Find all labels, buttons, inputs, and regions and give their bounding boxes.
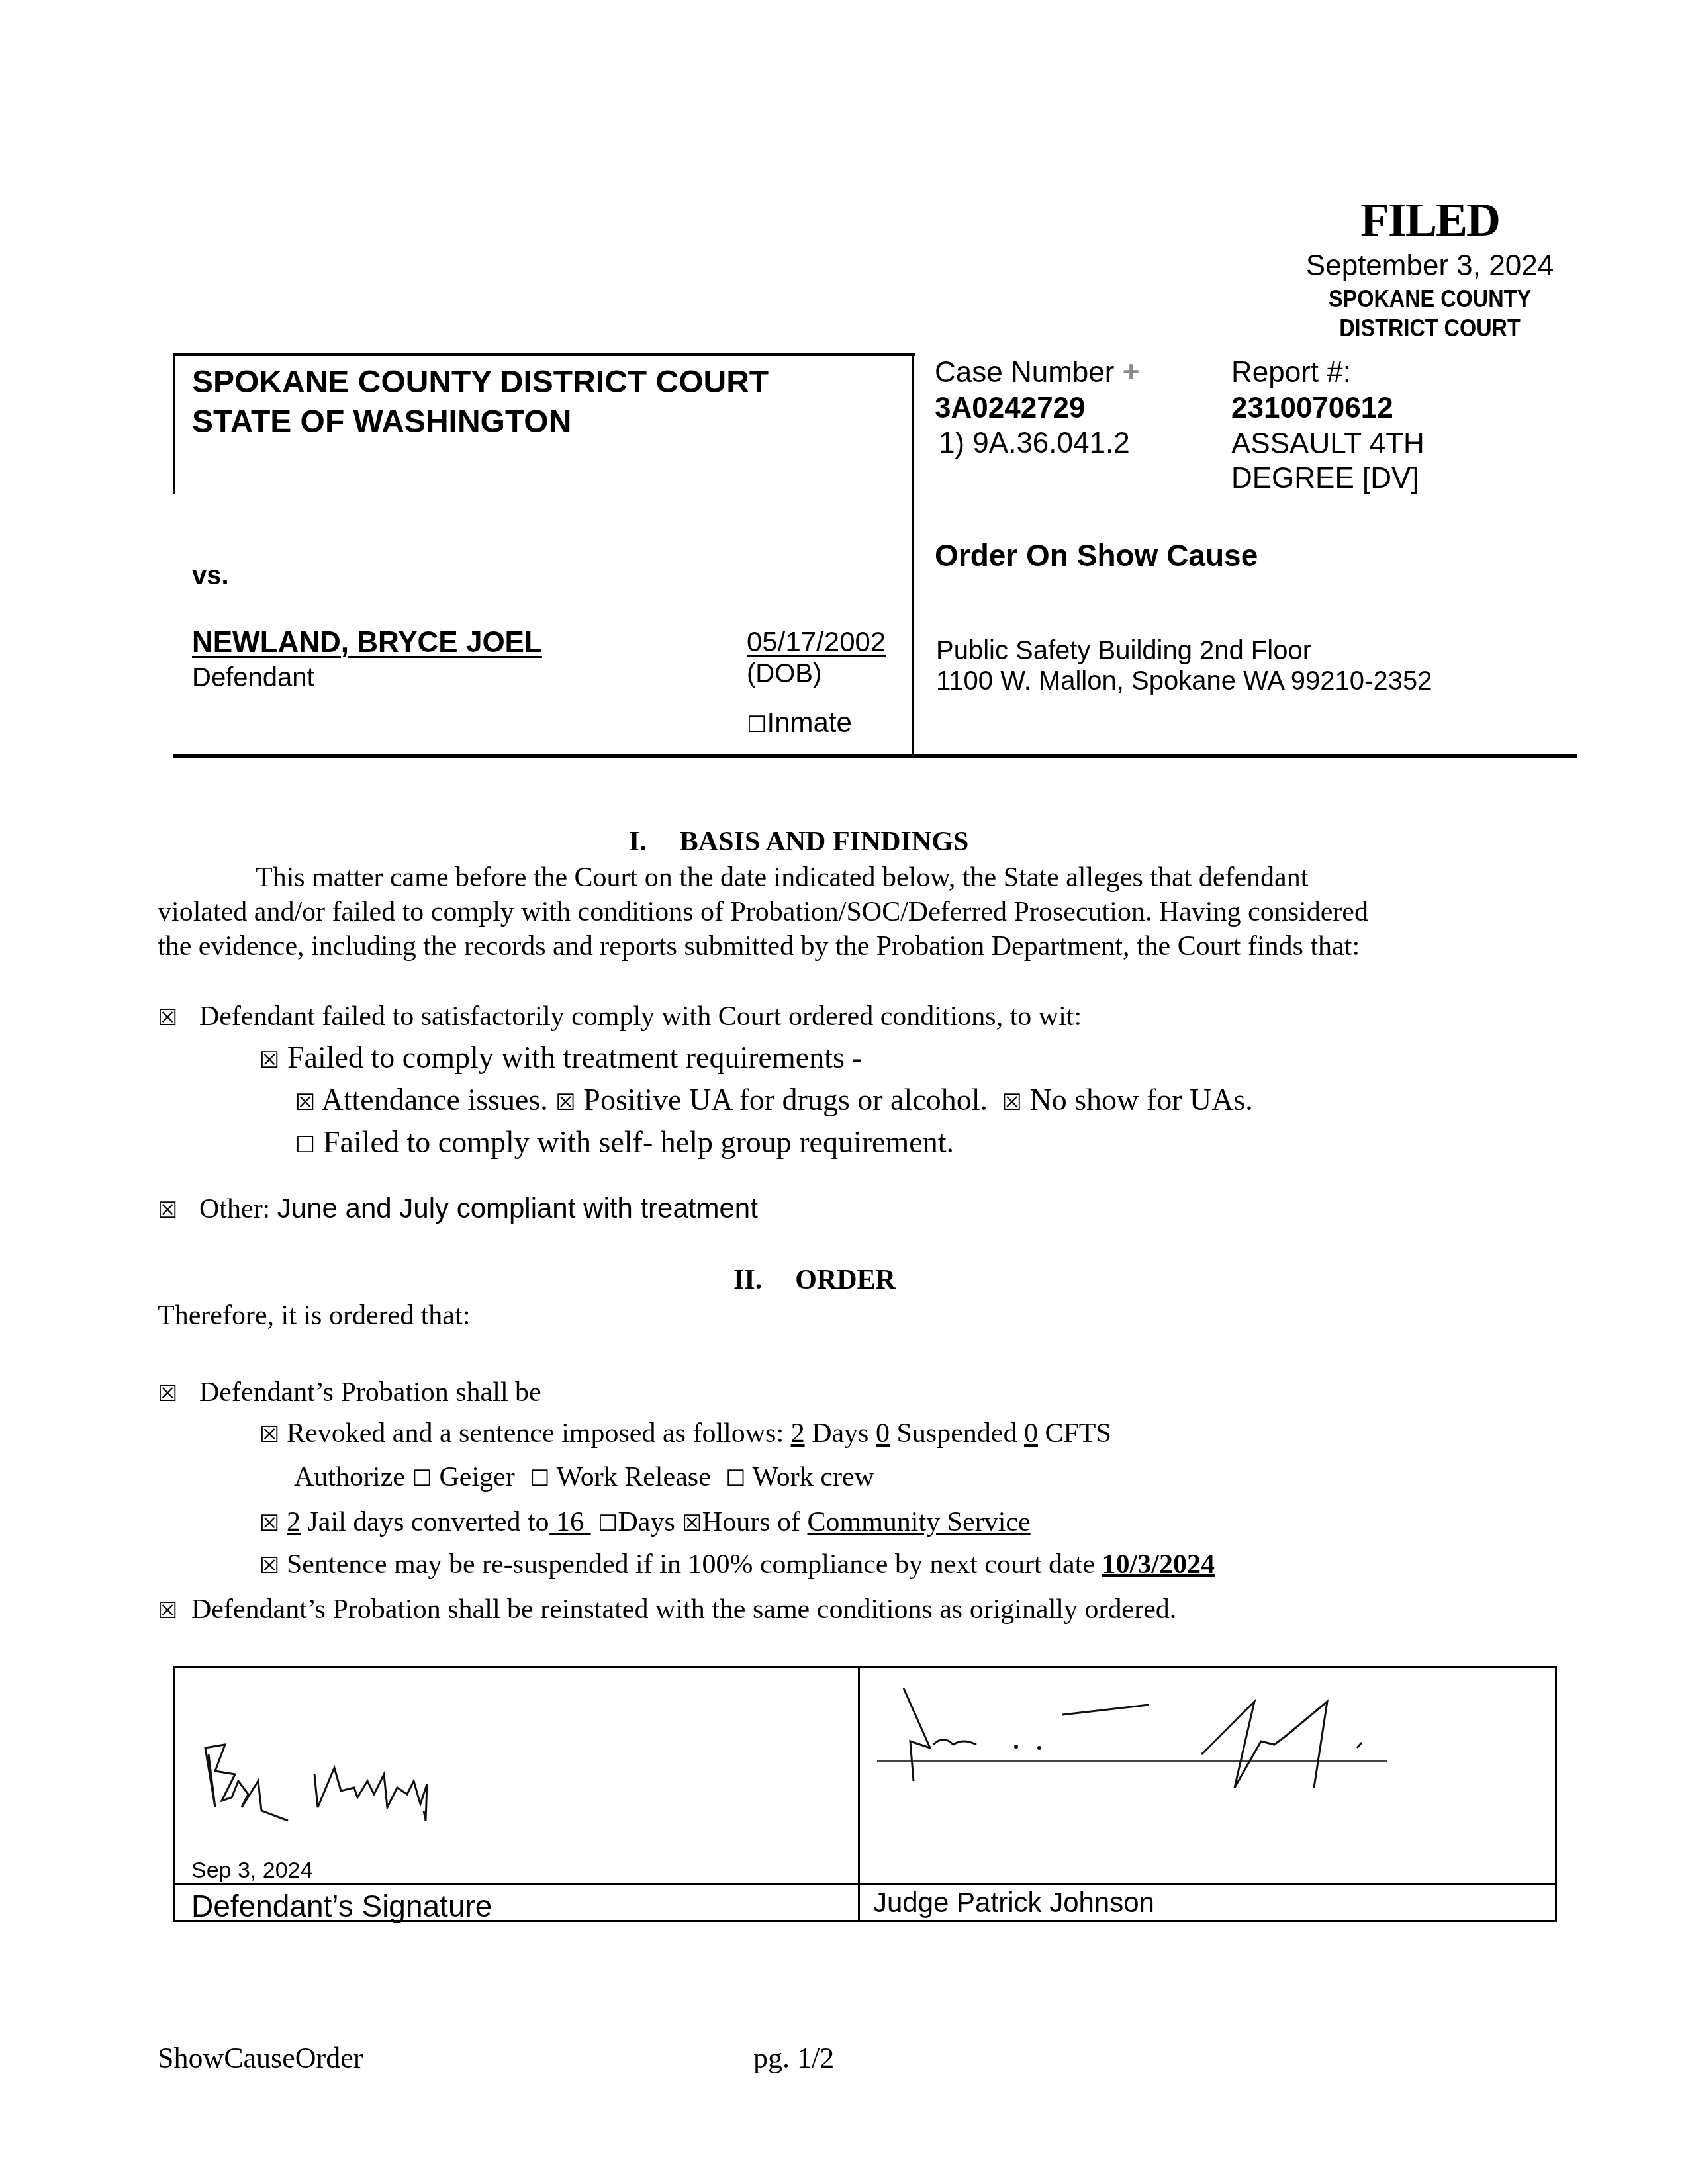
self-help-text: Failed to comply with self- help group r… xyxy=(323,1125,954,1159)
finding-text: Defendant failed to satisfactorily compl… xyxy=(199,1001,1082,1032)
basis-para-line3: the evidence, including the records and … xyxy=(158,929,1360,964)
filed-status: FILED xyxy=(1244,192,1615,248)
report-desc-line1: ASSAULT 4TH xyxy=(1231,427,1425,461)
revoked-days: 2 xyxy=(791,1418,805,1449)
resuspend-text: Sentence may be re-suspended if in 100% … xyxy=(287,1549,1095,1580)
defendant-label: Defendant xyxy=(192,663,314,693)
other-label: Other: xyxy=(199,1194,270,1224)
finding-checkbox[interactable]: ☒ xyxy=(158,1001,177,1035)
section2-number: II. xyxy=(733,1265,762,1295)
work-crew-label: Work crew xyxy=(753,1462,874,1492)
court-address: Public Safety Building 2nd Floor 1100 W.… xyxy=(936,635,1432,696)
order-intro: Therefore, it is ordered that: xyxy=(158,1298,470,1333)
caption-top-border xyxy=(173,353,915,356)
authorize-label: Authorize xyxy=(294,1462,405,1492)
section1-number: I. xyxy=(629,827,647,857)
attendance-checkbox[interactable]: ☒ xyxy=(295,1085,315,1120)
order-probation: ☒ Defendant’s Probation shall be xyxy=(158,1375,541,1411)
conversion-text: Jail days converted to xyxy=(307,1507,549,1537)
defendant-signature-date: Sep 3, 2024 xyxy=(191,1858,312,1884)
work-release-checkbox[interactable]: ☐ xyxy=(530,1461,549,1496)
case-number-label-text: Case Number xyxy=(935,356,1114,388)
order-authorize: Authorize ☐ Geiger ☐ Work Release ☐ Work… xyxy=(294,1460,874,1496)
court-line2: STATE OF WASHINGTON xyxy=(192,402,769,442)
address-line1: Public Safety Building 2nd Floor xyxy=(936,635,1432,666)
work-release-label: Work Release xyxy=(556,1462,710,1492)
converted-amount: 16 xyxy=(556,1507,584,1537)
finding-self-help: ☐ Failed to comply with self- help group… xyxy=(295,1125,954,1162)
section1-title: BASIS AND FINDINGS xyxy=(680,827,968,857)
geiger-checkbox[interactable]: ☐ xyxy=(412,1461,432,1496)
filed-court-line1: SPOKANE COUNTY xyxy=(1263,285,1597,314)
cfts-label: CFTS xyxy=(1045,1418,1111,1449)
reinstated-text: Defendant’s Probation shall be reinstate… xyxy=(191,1594,1176,1625)
footer-page-number: pg. 1/2 xyxy=(753,2041,834,2075)
hours-label: Hours of xyxy=(702,1507,800,1537)
signature-divider-horizontal xyxy=(175,1883,1555,1885)
inmate-checkbox[interactable]: ☐ xyxy=(747,711,767,738)
revoked-days-label: Days xyxy=(812,1418,868,1449)
order-conversion: ☒ 2 Jail days converted to 16 ☐Days ☒Hou… xyxy=(259,1505,1031,1541)
attendance-text: Attendance issues. xyxy=(321,1083,547,1116)
cfts-days: 0 xyxy=(1024,1418,1038,1449)
treatment-text: Failed to comply with treatment requirem… xyxy=(287,1040,863,1074)
other-value: June and July compliant with treatment xyxy=(277,1193,758,1224)
plus-icon: + xyxy=(1123,356,1140,388)
positive-ua-text: Positive UA for drugs or alcohol. xyxy=(583,1083,988,1116)
days-label: Days xyxy=(618,1507,675,1537)
basis-para-line2: violated and/or failed to comply with co… xyxy=(158,895,1368,929)
basis-para-line1: This matter came before the Court on the… xyxy=(256,860,1308,895)
court-line1: SPOKANE COUNTY DISTRICT COURT xyxy=(192,363,769,402)
dob-label: (DOB) xyxy=(747,659,821,689)
geiger-label: Geiger xyxy=(439,1462,514,1492)
inmate-label: Inmate xyxy=(767,707,851,738)
section2-title: ORDER xyxy=(795,1265,896,1295)
no-show-checkbox[interactable]: ☒ xyxy=(1002,1085,1022,1120)
revoked-checkbox[interactable]: ☒ xyxy=(259,1418,279,1452)
order-revoked: ☒ Revoked and a sentence imposed as foll… xyxy=(259,1416,1111,1452)
defendant-signature-label: Defendant’s Signature xyxy=(191,1888,492,1924)
caption-center-divider xyxy=(912,353,914,757)
hours-checkbox[interactable]: ☒ xyxy=(682,1506,702,1541)
treatment-checkbox[interactable]: ☒ xyxy=(259,1043,279,1077)
probation-text: Defendant’s Probation shall be xyxy=(199,1377,541,1408)
self-help-checkbox[interactable]: ☐ xyxy=(295,1128,315,1162)
probation-checkbox[interactable]: ☒ xyxy=(158,1377,177,1411)
finding-treatment-details: ☒ Attendance issues. ☒ Positive UA for d… xyxy=(295,1083,1253,1120)
positive-ua-checkbox[interactable]: ☒ xyxy=(555,1085,575,1120)
finding-failed-comply: ☒ Defendant failed to satisfactorily com… xyxy=(158,999,1082,1035)
no-show-text: No show for UAs. xyxy=(1030,1083,1253,1116)
other-checkbox[interactable]: ☒ xyxy=(158,1193,177,1228)
defendant-dob: 05/17/2002 xyxy=(747,626,886,658)
finding-other: ☒ Other: June and July compliant with tr… xyxy=(158,1191,758,1228)
report-description: ASSAULT 4TH DEGREE [DV] xyxy=(1231,427,1425,496)
section2-heading: II.ORDER xyxy=(733,1264,896,1296)
filed-date: September 3, 2024 xyxy=(1244,248,1615,285)
case-number-label: Case Number + xyxy=(935,356,1139,389)
resuspend-checkbox[interactable]: ☒ xyxy=(259,1549,279,1583)
section1-heading: I.BASIS AND FINDINGS xyxy=(629,826,968,858)
suspended-days: 0 xyxy=(876,1418,890,1449)
report-label: Report #: xyxy=(1231,356,1351,389)
case-number: 3A0242729 xyxy=(935,392,1086,425)
conversion-checkbox[interactable]: ☒ xyxy=(259,1506,279,1541)
reinstated-checkbox[interactable]: ☒ xyxy=(158,1594,177,1628)
order-resuspend: ☒ Sentence may be re-suspended if in 100… xyxy=(259,1547,1215,1583)
footer-form-name: ShowCauseOrder xyxy=(158,2041,363,2075)
days-checkbox[interactable]: ☐ xyxy=(598,1506,618,1541)
jail-days: 2 xyxy=(287,1507,301,1537)
document-title: Order On Show Cause xyxy=(935,537,1258,573)
next-court-date: 10/3/2024 xyxy=(1102,1549,1215,1580)
revoked-text: Revoked and a sentence imposed as follow… xyxy=(287,1418,784,1449)
judge-name: Judge Patrick Johnson xyxy=(873,1887,1154,1919)
signature-table: Sep 3, 2024 Defendant’s Signature Judge … xyxy=(173,1666,1557,1922)
charge-code: 1) 9A.36.041.2 xyxy=(939,427,1130,460)
judge-signature-image xyxy=(864,1682,1407,1801)
report-number: 2310070612 xyxy=(1231,392,1393,425)
caption-left-border xyxy=(173,353,175,494)
inmate-field: ☐Inmate xyxy=(747,707,852,739)
court-name: SPOKANE COUNTY DISTRICT COURT STATE OF W… xyxy=(192,363,769,442)
report-desc-line2: DEGREE [DV] xyxy=(1231,461,1425,496)
caption-bottom-rule xyxy=(173,754,1577,758)
filed-court-line2: DISTRICT COURT xyxy=(1263,314,1597,343)
signature-divider-vertical xyxy=(858,1668,860,1920)
suspended-label: Suspended xyxy=(896,1418,1017,1449)
community-service: Community Service xyxy=(808,1507,1031,1537)
order-reinstated: ☒ Defendant’s Probation shall be reinsta… xyxy=(158,1592,1176,1628)
versus-label: vs. xyxy=(192,561,229,591)
filed-stamp: FILED September 3, 2024 SPOKANE COUNTY D… xyxy=(1244,192,1615,343)
defendant-signature-image xyxy=(195,1735,619,1841)
finding-treatment: ☒ Failed to comply with treatment requir… xyxy=(259,1040,863,1077)
document-page: { "stamp": { "status": "FILED", "date": … xyxy=(0,0,1688,2184)
defendant-name: NEWLAND, BRYCE JOEL xyxy=(192,626,542,659)
work-crew-checkbox[interactable]: ☐ xyxy=(726,1461,745,1496)
address-line2: 1100 W. Mallon, Spokane WA 99210-2352 xyxy=(936,666,1432,696)
